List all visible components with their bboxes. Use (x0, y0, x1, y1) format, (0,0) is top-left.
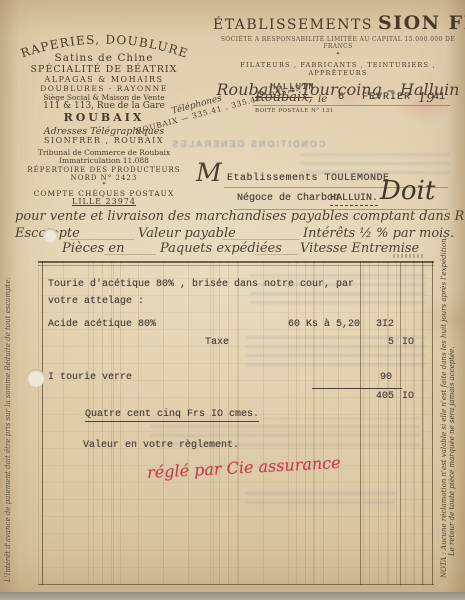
table-francs-rule (400, 261, 401, 585)
date-month: FEVRIER (362, 92, 411, 103)
addressee-m-label: M (196, 158, 222, 187)
doublures-line: DOUBLURES - RAYONNE (16, 84, 192, 93)
addressee-name: Etablissements TOULEMONDE (227, 173, 390, 184)
table-bottom-rule (38, 584, 434, 585)
punch-hole (27, 369, 45, 387)
alpagas-line: ALPAGAS & MOHAIRS (16, 75, 192, 84)
table-top-rule-thin (38, 265, 434, 266)
date-le-label: le (318, 94, 327, 105)
company-subtitle: SOCIÉTÉ A RESPONSABILITÉ LIMITÉE AU CAPI… (213, 36, 463, 50)
invoice-line-desc: Tourie d'acétique 80% , brisée dans notr… (48, 279, 354, 290)
amount-centimes: IO (402, 337, 414, 348)
specialite-line: SPÉCIALITÉ DE BÉATRIX (16, 64, 192, 75)
invoice-line-desc: Taxe (205, 337, 229, 348)
terms-blank-rule (70, 239, 134, 240)
bleedthrough-smudge (300, 152, 450, 174)
repertoire-line1: RÉPERTOIRE DES PRODUCTEURS (16, 166, 192, 174)
date-day: 6 (338, 92, 344, 103)
background-surface (0, 592, 465, 600)
punch-hole (43, 228, 58, 243)
grid-line-cluster (210, 261, 238, 585)
table-right-rule (432, 261, 433, 585)
invoice-line-desc: Acide acétique 80% (48, 319, 156, 330)
payment-line: Valeur en votre règlement. (83, 440, 239, 451)
boite-postale: BOITE POSTALE N° 131 (255, 108, 334, 114)
nota-line1: NOTA : Aucune réclamation n'est valable … (440, 248, 448, 578)
date-year-typed: 41 (433, 92, 445, 103)
addressee-activity: Négoce de Charbon (237, 193, 339, 204)
satins-line: Satins de Chine (16, 52, 192, 64)
terms-line1: pour vente et livraison des marchandises… (15, 209, 465, 224)
table-centimes-rule (422, 261, 423, 585)
invoice-paper: DRAPERIES, DOUBLURES Satins de Chine SPÉ… (0, 0, 465, 592)
subtotal-underline (312, 388, 402, 389)
amount-francs: 3I2 (362, 319, 394, 330)
nota-line2: Le retour de toute pièce marquée ne sera… (448, 248, 456, 556)
doit-label: Doit (380, 176, 435, 206)
invoice-line-desc: votre attelage : (48, 296, 144, 307)
invoice-line-desc: I tourie verre (48, 372, 132, 383)
tribunal-line2: Immatriculation 11.088 (16, 156, 192, 165)
ccp-line2: LILLE 23974 (16, 197, 192, 206)
addressee-city: HALLUIN. (330, 193, 378, 206)
amount-francs: 5 (362, 337, 394, 348)
date-struck-city: Roubaix, (255, 90, 313, 105)
terms-blank-rule (222, 239, 300, 240)
invoice-line-qty: 60 Ks à 5,20 (288, 319, 360, 330)
invoice-table-grid (38, 261, 434, 585)
amount-in-words: Quatre cent cinq Frs IO cmes. (85, 409, 259, 422)
terms-interets: Intérêts ½ % par mois. (303, 226, 454, 241)
grid-line-cluster (93, 261, 121, 585)
table-left-rule (42, 261, 43, 585)
company-title-word2: SION FRÈRES (378, 12, 465, 34)
amount-francs: 90 (360, 372, 392, 383)
terms-blank-rule (254, 254, 298, 255)
amount-total-francs: 405 (362, 391, 394, 402)
nota-block: NOTA : Aucune réclamation n'est valable … (440, 248, 456, 578)
company-trades: FILATEURS , FABRICANTS , TEINTURIERS , A… (213, 61, 463, 77)
grid-line-cluster (296, 261, 324, 585)
bleedthrough-conditions-title: CONDITIONS GENERALES (158, 139, 338, 149)
date-rule (253, 105, 450, 106)
scanned-invoice: DRAPERIES, DOUBLURES Satins de Chine SPÉ… (0, 0, 465, 600)
printer-mark (393, 254, 423, 258)
amount-total-centimes: IO (402, 391, 414, 402)
dateline-block: HALLUIN Roubaix, le 6 FEVRIER 19 41 BOIT… (250, 82, 460, 114)
company-title-word1: ÉTABLISSEMENTS (213, 17, 373, 33)
terms-blank-rule (104, 254, 156, 255)
table-top-rule (38, 261, 434, 263)
table-amount-rule (360, 261, 361, 585)
ornament-icon: ✦ (16, 181, 192, 187)
header-ornament-icon: ✦ (213, 51, 463, 57)
left-margin-note: L'Intérêt d'avance de paiement doit être… (4, 252, 12, 582)
